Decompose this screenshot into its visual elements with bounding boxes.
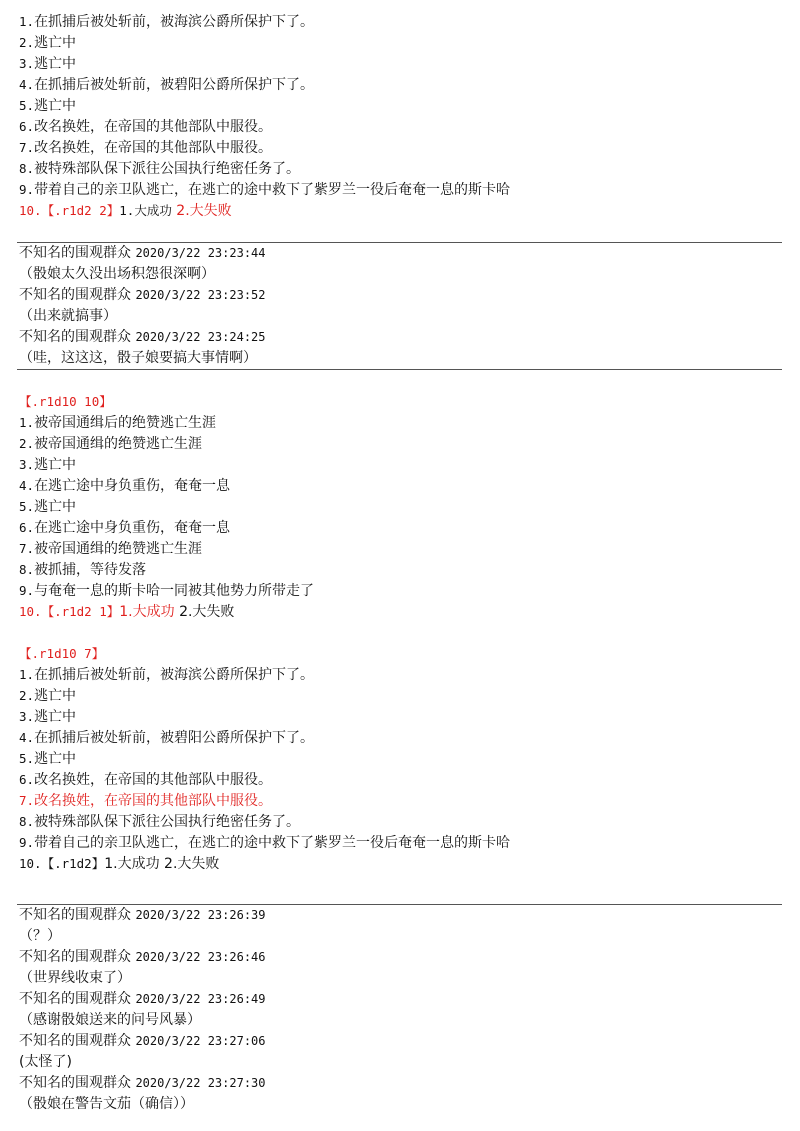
list-item: 1.在抓捕后被处斩前，被海滨公爵所保护下了。 <box>19 664 782 685</box>
dice-roll-header: 【.r1d10 10】 <box>19 391 782 412</box>
comment-time: 2020/3/22 23:24:25 <box>135 330 265 344</box>
comment-text: （感谢骰娘送来的问号风暴） <box>19 1010 782 1031</box>
list-item: 6.改名换姓，在帝国的其他部队中服役。 <box>19 116 782 137</box>
comment: 不知名的围观群众 2020/3/22 23:23:52 （出来就搞事） <box>19 285 782 327</box>
comment: 不知名的围观群众 2020/3/22 23:26:46 （世界线收束了） <box>19 947 782 989</box>
list-item: 9.带着自己的亲卫队逃亡，在逃亡的途中救下了紫罗兰一役后奄奄一息的斯卡哈 <box>19 179 782 200</box>
comment-user: 不知名的围观群众 <box>19 991 131 1007</box>
list-item: 4.在逃亡途中身负重伤，奄奄一息 <box>19 475 782 496</box>
comment-time: 2020/3/22 23:26:49 <box>135 992 265 1006</box>
comment-text: （？） <box>19 926 782 947</box>
comment-text: （骰娘在警告文茄（确信）） <box>19 1094 782 1115</box>
list-item: 1.在抓捕后被处斩前，被海滨公爵所保护下了。 <box>19 11 782 32</box>
list-item: 7.改名换姓，在帝国的其他部队中服役。 <box>19 137 782 158</box>
list-item: 4.在抓捕后被处斩前，被碧阳公爵所保护下了。 <box>19 727 782 748</box>
dice-roll-line: 10.【.r1d2】1.大成功 2.大失败 <box>19 853 782 874</box>
comment-user: 不知名的围观群众 <box>19 329 131 345</box>
comment-user: 不知名的围观群众 <box>19 1033 131 1049</box>
comment-time: 2020/3/22 23:27:30 <box>135 1076 265 1090</box>
list-item: 2.被帝国通缉的绝赞逃亡生涯 <box>19 433 782 454</box>
comment-text: （出来就搞事） <box>19 306 782 327</box>
comment: 不知名的围观群众 2020/3/22 23:27:06 (太怪了) <box>19 1031 782 1073</box>
comment-time: 2020/3/22 23:23:44 <box>135 246 265 260</box>
comment-time: 2020/3/22 23:26:39 <box>135 908 265 922</box>
list-item: 8.被抓捕，等待发落 <box>19 559 782 580</box>
list-item: 8.被特殊部队保下派往公国执行绝密任务了。 <box>19 158 782 179</box>
dice-roll-header: 【.r1d10 7】 <box>19 643 782 664</box>
comment-time: 2020/3/22 23:23:52 <box>135 288 265 302</box>
list-item: 5.逃亡中 <box>19 95 782 116</box>
comment-time: 2020/3/22 23:26:46 <box>135 950 265 964</box>
comment: 不知名的围观群众 2020/3/22 23:26:49 （感谢骰娘送来的问号风暴… <box>19 989 782 1031</box>
document-page: 1.在抓捕后被处斩前，被海滨公爵所保护下了。 2.逃亡中 3.逃亡中 4.在抓捕… <box>19 11 782 1115</box>
list-item: 8.被特殊部队保下派往公国执行绝密任务了。 <box>19 811 782 832</box>
list-item: 2.逃亡中 <box>19 32 782 53</box>
comment-time: 2020/3/22 23:27:06 <box>135 1034 265 1048</box>
dice-roll-command: 【.r1d2】 <box>42 856 105 871</box>
list-item: 5.逃亡中 <box>19 496 782 517</box>
spacer <box>19 370 782 391</box>
dice-roll-result: 【.r1d2 2】 <box>42 203 120 218</box>
comment-text: （哇，这这这，骰子娘要搞大事情啊） <box>19 348 782 369</box>
comment: 不知名的围观群众 2020/3/22 23:23:44 （骰娘太久没出场积怨很深… <box>19 243 782 285</box>
comment: 不知名的围观群众 2020/3/22 23:26:39 （？） <box>19 905 782 947</box>
list-item: 1.被帝国通缉后的绝赞逃亡生涯 <box>19 412 782 433</box>
spacer <box>19 874 782 895</box>
comment-list-1: 不知名的围观群众 2020/3/22 23:23:44 （骰娘太久没出场积怨很深… <box>19 243 782 369</box>
list-item: 5.逃亡中 <box>19 748 782 769</box>
comment-list-2: 不知名的围观群众 2020/3/22 23:26:39 （？） 不知名的围观群众… <box>19 905 782 1115</box>
comment-user: 不知名的围观群众 <box>19 907 131 923</box>
list-item: 6.在逃亡途中身负重伤，奄奄一息 <box>19 517 782 538</box>
list-item: 9.带着自己的亲卫队逃亡，在逃亡的途中救下了紫罗兰一役后奄奄一息的斯卡哈 <box>19 832 782 853</box>
option-list-1: 1.在抓捕后被处斩前，被海滨公爵所保护下了。 2.逃亡中 3.逃亡中 4.在抓捕… <box>19 11 782 221</box>
comment: 不知名的围观群众 2020/3/22 23:24:25 （哇，这这这，骰子娘要搞… <box>19 327 782 369</box>
comment-text: （世界线收束了） <box>19 968 782 989</box>
comment-user: 不知名的围观群众 <box>19 245 131 261</box>
comment-text: （骰娘太久没出场积怨很深啊） <box>19 264 782 285</box>
list-item: 6.改名换姓，在帝国的其他部队中服役。 <box>19 769 782 790</box>
list-item: 2.逃亡中 <box>19 685 782 706</box>
list-item: 3.逃亡中 <box>19 53 782 74</box>
comment: 不知名的围观群众 2020/3/22 23:27:30 （骰娘在警告文茄（确信）… <box>19 1073 782 1115</box>
list-item: 3.逃亡中 <box>19 454 782 475</box>
spacer <box>19 221 782 242</box>
option-list-2: 【.r1d10 10】 1.被帝国通缉后的绝赞逃亡生涯 2.被帝国通缉的绝赞逃亡… <box>19 391 782 622</box>
comment-text: (太怪了) <box>19 1052 782 1073</box>
list-item: 9.与奄奄一息的斯卡哈一同被其他势力所带走了 <box>19 580 782 601</box>
comment-user: 不知名的围观群众 <box>19 287 131 303</box>
list-item: 7.被帝国通缉的绝赞逃亡生涯 <box>19 538 782 559</box>
dice-roll-line: 10.【.r1d2 1】1.大成功 2.大失败 <box>19 601 782 622</box>
option-list-3: 【.r1d10 7】 1.在抓捕后被处斩前，被海滨公爵所保护下了。 2.逃亡中 … <box>19 643 782 874</box>
spacer <box>19 622 782 643</box>
dice-roll-result: 【.r1d2 1】 <box>42 604 120 619</box>
comment-user: 不知名的围观群众 <box>19 949 131 965</box>
dice-roll-line: 10.【.r1d2 2】1.大成功 2.大失败 <box>19 200 782 221</box>
list-item: 3.逃亡中 <box>19 706 782 727</box>
list-item-selected: 7.改名换姓，在帝国的其他部队中服役。 <box>19 790 782 811</box>
list-item: 4.在抓捕后被处斩前，被碧阳公爵所保护下了。 <box>19 74 782 95</box>
comment-user: 不知名的围观群众 <box>19 1075 131 1091</box>
